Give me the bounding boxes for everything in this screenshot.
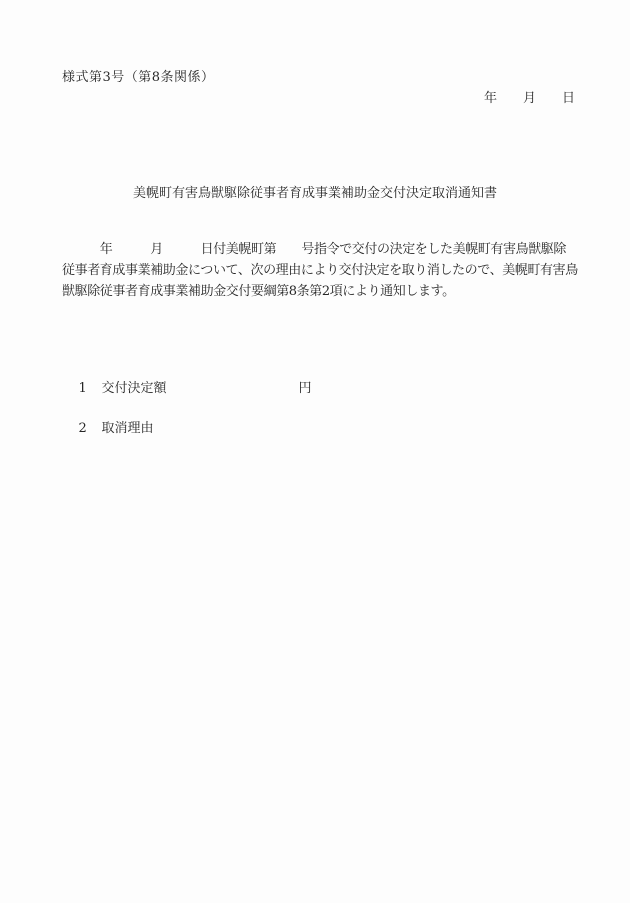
item-unit-yen: 円 [299, 381, 312, 396]
body-paragraph: 年 月 日付美幌町第 号指令で交付の決定をした美幌町有害鳥獣駆除 従事者育成事業… [62, 239, 578, 302]
document-title: 美幌町有害鳥獣駆除従事者育成事業補助金交付決定取消通知書 [0, 182, 630, 201]
list-item-cancellation-reason: 2取消理由 [62, 402, 154, 451]
item-label: 交付決定額 [102, 381, 167, 396]
date-line: 年 月 日 [484, 87, 575, 106]
item-number: 1 [79, 381, 102, 396]
item-label: 取消理由 [102, 421, 154, 436]
form-number: 様式第3号（第8条関係） [62, 66, 215, 85]
item-number: 2 [79, 421, 102, 436]
document-page: 様式第3号（第8条関係） 年 月 日 美幌町有害鳥獣駆除従事者育成事業補助金交付… [0, 0, 630, 903]
